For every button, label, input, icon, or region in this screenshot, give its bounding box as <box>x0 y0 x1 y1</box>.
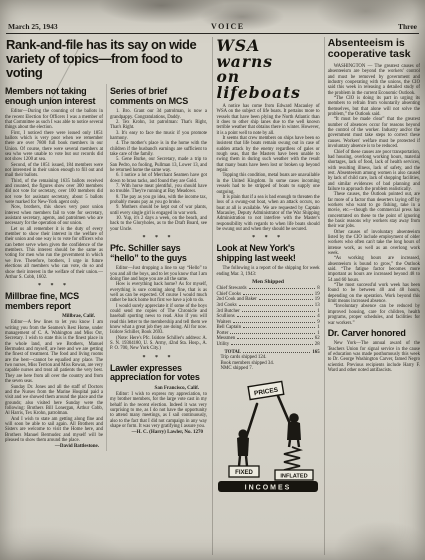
comment-item: 10. Yup, it's 2 days a week, on the beac… <box>110 216 207 232</box>
row-label: Utility <box>216 342 229 348</box>
comment-item: 5. Gene Burke, our Secretary, made a tri… <box>110 157 207 173</box>
dateline: San Francisco, Calif. <box>110 386 207 391</box>
dot-leader <box>243 294 313 295</box>
paragraph: “The CIO is doing its part in urging its… <box>328 96 420 117</box>
paragraph: “It must be made clear” that the greates… <box>328 117 420 149</box>
paragraph: WASHINGTON — The greatest causes of abse… <box>328 64 420 96</box>
article-headline-millbrae: Millbrae fine, MCS members report <box>5 292 103 311</box>
table-row: Utility28 <box>216 342 319 348</box>
dot-leader <box>237 338 313 339</box>
paragraph: Editor—Just dropping a line to say “Hell… <box>110 266 207 282</box>
paragraph: Other causes of involuntary absenteeism … <box>328 230 420 257</box>
article-headline-carver: Dr. Carver honored <box>328 329 420 339</box>
paragraph: Topping this condition, metal boats are … <box>216 173 319 194</box>
paragraph: (Note: Here's Pfc. Isidore Schiller's ad… <box>110 336 207 352</box>
fixed-pedestal: FIXED <box>229 466 259 477</box>
paragraph: Let us all remember it is the duty of ev… <box>5 227 103 280</box>
star-separator: * * * <box>110 355 207 361</box>
paragraph: It seems that crew members on ships have… <box>216 136 319 173</box>
paragraph: Chief of these causes are poor transport… <box>328 150 420 193</box>
comment-item: 2. Tex Krohn, 1st patrolman: That's Righ… <box>110 120 207 131</box>
comment-item: 9. Mothers should be kept out of war pla… <box>110 205 207 216</box>
star-separator: * * * <box>110 235 207 241</box>
masthead-row: March 25, 1943 VOICE Three <box>0 0 425 33</box>
article-headline-union-interest: Members not taking enough union interest <box>5 87 103 106</box>
star-separator: * * * <box>216 235 319 241</box>
inflated-label: INFLATED <box>281 474 308 480</box>
comment-item: 4. The mother's place is in the home wit… <box>110 141 207 157</box>
paragraph: Editor: I wish to express my appreciatio… <box>110 392 207 429</box>
wsa-headline-line2: on lifeboats <box>216 69 319 100</box>
dot-leader <box>239 305 313 306</box>
paragraph: “Involuntary absence can be reduced by i… <box>328 304 420 325</box>
paragraph: New York—The annual award of the Teacher… <box>328 341 420 373</box>
cartoon-drawing: PRICES FIXED <box>216 378 320 496</box>
comment-item: 7. With horse meat plentiful, you should… <box>110 184 207 195</box>
dot-leader <box>259 299 313 300</box>
comment-item: 6. I notice a lot of Merchant Seamen hav… <box>110 173 207 184</box>
issue-date: March 25, 1943 <box>8 22 58 31</box>
page-columns: Rank-and-file has its say on wide variet… <box>0 37 425 555</box>
dot-leader <box>237 316 316 317</box>
article-headline-absenteeism: Absenteeism is cooperative task <box>328 38 420 60</box>
incomes-base: INCOMES <box>218 481 318 492</box>
inflated-income-figure <box>278 396 301 447</box>
fixed-label: FIXED <box>236 470 254 476</box>
comment-item: 1. Bro. Grant our 3d patrolman, is now a… <box>110 109 207 120</box>
left-zone: Rank-and-file has its say on wide variet… <box>5 37 209 555</box>
left-two-columns: Members not taking enough union interest… <box>5 84 209 451</box>
column-4: Absenteeism is cooperative task WASHINGT… <box>324 37 420 555</box>
paragraph: I would surely appreciate it if some of … <box>110 304 207 336</box>
incomes-label: INCOMES <box>245 485 292 492</box>
paragraph: First, I noticed there were issued only … <box>5 131 103 163</box>
shipping-intro: The following is a report of the shippin… <box>216 266 319 277</box>
article-headline-shipping: Look at New York's shipping last week! <box>216 244 319 263</box>
paragraph: Third, of the remaining 1635 ballots rec… <box>5 179 103 206</box>
dateline: Millbrae, Calif. <box>5 314 103 319</box>
shipping-note: NMC shipped 7. <box>216 366 319 372</box>
paragraph: Second, of the 1851 issued, 184 members … <box>5 163 103 179</box>
column-3: WSA warns on lifeboats A notice has come… <box>212 37 322 555</box>
paragraph: Now, brothers, this shows very poor unio… <box>5 205 103 226</box>
paragraph: And I wish to state am getting along fin… <box>5 417 103 444</box>
editorial-cartoon: PRICES FIXED <box>216 378 319 496</box>
column-1: Members not taking enough union interest… <box>5 84 106 451</box>
dot-leader <box>233 322 315 323</box>
masthead-title: VOICE <box>211 22 245 31</box>
masthead-rule <box>6 33 419 34</box>
article-headline-wsa: WSA warns on lifeboats <box>216 38 319 100</box>
dot-leader <box>231 344 313 345</box>
newspaper-page: March 25, 1943 VOICE Three Rank-and-file… <box>0 0 425 560</box>
paragraph: A notice has come from Edward Macauley o… <box>216 104 319 136</box>
dot-leader <box>243 352 310 353</box>
paragraph: How is everything back home? As for myse… <box>110 282 207 303</box>
article-headline-schiller: Pfc. Schiller says “hello” to the guys <box>110 244 207 263</box>
paragraph: “The most successful work week has been … <box>328 283 420 304</box>
paragraph: These causes, the Outlook pointed out, a… <box>328 192 420 229</box>
letter-signature: —David Battlestone. <box>5 444 103 449</box>
letter-signature: —H. C. (Harry) Lawler, No. 1270 <box>110 430 207 435</box>
article-headline-lawler: Lawler expresses appreciation for votes <box>110 364 207 383</box>
dot-leader <box>249 288 316 289</box>
wsa-headline-line1: WSA warns <box>216 38 319 69</box>
dot-leader <box>242 311 316 312</box>
lead-headline: Rank-and-file has its say on wide variet… <box>6 38 205 80</box>
paragraph: Sunday Dr. Jones and all the staff of Do… <box>5 385 103 417</box>
dot-leader <box>243 327 315 328</box>
comment-item: 3. It's easy to face the music if you pr… <box>110 131 207 142</box>
paragraph: Editor—A few lines to let you know I am … <box>5 320 103 384</box>
column-2: Series of brief comments on MCS 1. Bro. … <box>106 84 207 451</box>
comments-list: 1. Bro. Grant our 3d patrolman, is now a… <box>110 109 207 232</box>
comment-item: 8. The pay as you go idea, with the inco… <box>110 195 207 206</box>
shipping-table-title: Men Shipped <box>216 279 319 285</box>
total-value: 165 <box>312 350 319 356</box>
paragraph: It is plain that if a sea is bad enough … <box>216 195 319 232</box>
paragraph: Editor—During the counting of the ballot… <box>5 109 103 130</box>
inflated-pedestal: INFLATED <box>275 470 313 480</box>
fixed-income-figure <box>237 404 257 466</box>
star-separator: * * * <box>5 283 103 289</box>
row-value: 28 <box>315 342 320 348</box>
dot-leader <box>230 333 315 334</box>
article-headline-brief-comments: Series of brief comments on MCS <box>110 87 207 106</box>
page-number: Three <box>398 22 417 31</box>
paragraph: “As working hours are increased, absente… <box>328 256 420 283</box>
